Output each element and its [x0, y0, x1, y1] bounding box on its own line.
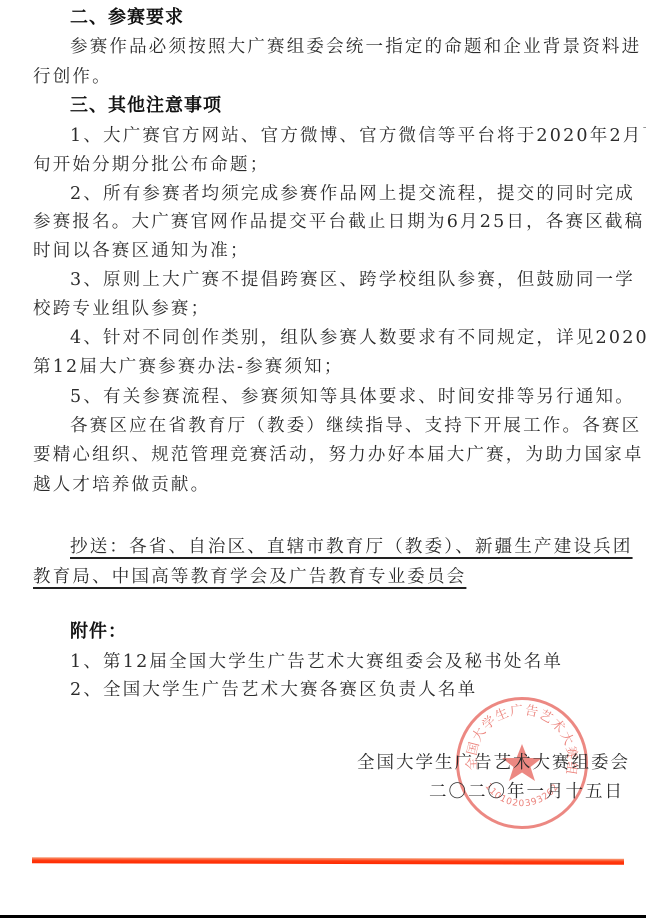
list-item-line: 3、原则上大广赛不提倡跨赛区、跨学校组队参赛，但鼓励同一学	[70, 268, 635, 292]
list-item-line: 2、所有参赛者均须完成参赛作品网上提交流程，提交的同时完成	[70, 182, 635, 206]
list-item-line: 时间以各赛区通知为准；	[33, 239, 250, 263]
attachments-heading: 附件：	[70, 620, 127, 644]
section-heading-notes: 三、其他注意事项	[70, 94, 222, 118]
list-item-line: 1、大广赛官方网站、官方微博、官方微信等平台将于2020年2月下	[70, 124, 646, 148]
closing-paragraph-line: 越人才培养做贡献。	[33, 473, 210, 497]
attachment-item: 1、第12届全国大学生广告艺术大赛组委会及秘书处名单	[70, 650, 563, 674]
list-item-line: 4、针对不同创作类别，组队参赛人数要求有不同规定，详见2020	[70, 326, 646, 350]
cc-line: 抄送：各省、自治区、直辖市教育厅（教委）、新疆生产建设兵团	[70, 535, 633, 559]
cc-line: 教育局、中国高等教育学会及广告教育专业委员会	[33, 565, 466, 589]
closing-paragraph-line: 要精心组织、规范管理竞赛活动，努力办好本届大广赛，为助力国家卓	[33, 443, 644, 467]
section-heading-requirements: 二、参赛要求	[70, 6, 184, 30]
attachment-item: 2、全国大学生广告艺术大赛各赛区负责人名单	[70, 678, 477, 702]
closing-paragraph-line: 各赛区应在省教育厅（教委）继续指导、支持下开展工作。各赛区	[70, 414, 641, 438]
paragraph-line: 行创作。	[33, 65, 112, 89]
list-item-line: 5、有关参赛流程、参赛须知等具体要求、时间安排等另行通知。	[70, 385, 635, 409]
list-item-line: 第12届大广赛参赛办法-参赛须知；	[33, 355, 344, 379]
list-item-line: 旬开始分期分批公布命题；	[33, 153, 269, 177]
list-item-line: 参赛报名。大广赛官网作品提交平台截止日期为6月25日，各赛区截稿	[33, 210, 644, 234]
paragraph-line: 参赛作品必须按照大广赛组委会统一指定的命题和企业背景资料进	[70, 35, 641, 59]
signature-organization: 全国大学生广告艺术大赛组委会	[357, 751, 630, 775]
list-item-line: 校跨专业组队参赛；	[33, 297, 210, 321]
signature-date: 二〇二〇年一月十五日	[429, 780, 624, 804]
red-divider-line	[32, 857, 624, 865]
